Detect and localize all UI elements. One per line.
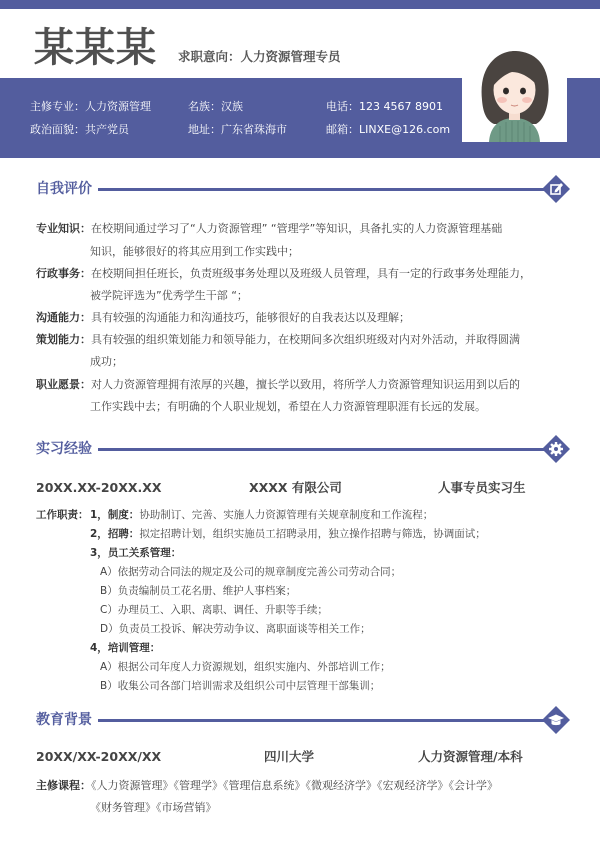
duty-label: 工作职责：	[36, 508, 89, 522]
profile-photo	[462, 42, 567, 142]
job-intent-value: 人力资源管理专员	[241, 49, 341, 64]
self-eval-item-communication: 沟通能力：具有较强的沟通能力和沟通技巧，能够很好的自我表达以及理解；	[36, 311, 410, 325]
info-political-status: 政治面貌：共产党员	[30, 123, 129, 137]
candidate-name: 某某某	[34, 24, 157, 72]
graduation-cap-icon	[542, 706, 570, 734]
section-header-self-evaluation: 自我评价	[36, 174, 576, 204]
duty-item: 3，员工关系管理：	[90, 546, 181, 560]
section-title: 实习经验	[36, 440, 92, 458]
job-intent-label: 求职意向：	[178, 49, 241, 64]
self-eval-item-administration: 行政事务：在校期间担任班长，负责班级事务处理以及班级人员管理，具有一定的行政事务…	[36, 267, 531, 281]
section-title: 教育背景	[36, 711, 92, 729]
section-divider	[98, 448, 554, 451]
duty-subitem: A）依据劳动合同法的规定及公司的规章制度完善公司劳动合同；	[100, 565, 401, 579]
education-major: 人力资源管理/本科	[418, 749, 523, 765]
job-intent: 求职意向：人力资源管理专员	[178, 48, 341, 66]
avatar-illustration-icon	[462, 42, 567, 142]
info-address: 地址：广东省珠海市	[188, 123, 287, 137]
duty-subitem: D）负责员工投诉、解决劳动争议、离职面谈等相关工作；	[100, 622, 371, 636]
duty-item: 4，培训管理：	[90, 641, 160, 655]
section-title: 自我评价	[36, 180, 92, 198]
education-courses: 主修课程：《人力资源管理》《管理学》《管理信息系统》《微观经济学》《宏观经济学》…	[36, 779, 498, 793]
education-period: 20XX/XX-20XX/XX	[36, 749, 161, 765]
internship-position: 人事专员实习生	[438, 480, 526, 496]
education-courses-cont: 《财务管理》《市场营销》	[90, 801, 217, 815]
info-email: 邮箱：LINXE@126.com	[326, 123, 450, 137]
duty-subitem: C）办理员工、入职、离职、调任、升职等手续；	[100, 603, 328, 617]
info-phone: 电话：123 4567 8901	[326, 100, 443, 114]
self-eval-item-planning: 策划能力：具有较强的组织策划能力和领导能力，在校期间多次组织班级对内对外活动，并…	[36, 333, 520, 347]
internship-period: 20XX.XX-20XX.XX	[36, 480, 162, 496]
top-accent-strip	[0, 0, 600, 9]
duty-subitem: B）负责编制员工花名册、维护人事档案；	[100, 584, 296, 598]
section-divider	[98, 188, 554, 191]
self-eval-item-planning-cont: 成功；	[90, 355, 123, 369]
info-ethnicity: 名族：汉族	[188, 100, 243, 114]
duty-item: 2，招聘：拟定招聘计划，组织实施员工招聘录用，独立操作招聘与筛选，协调面试；	[90, 527, 486, 541]
gear-icon	[542, 435, 570, 463]
info-major: 主修专业：人力资源管理	[30, 100, 151, 114]
education-school: 四川大学	[264, 749, 314, 765]
duty-subitem: B）收集公司各部门培训需求及组织公司中层管理干部集训；	[100, 679, 380, 693]
section-header-internship: 实习经验	[36, 434, 576, 464]
duty-subitem: A）根据公司年度人力资源规划，组织实施内、外部培训工作；	[100, 660, 391, 674]
duty-item: 1，制度：协助制订、完善、实施人力资源管理有关规章制度和工作流程；	[90, 508, 433, 522]
internship-company: XXXX 有限公司	[249, 480, 342, 496]
edit-icon	[542, 175, 570, 203]
section-header-education: 教育背景	[36, 705, 576, 735]
section-divider	[98, 719, 554, 722]
self-eval-item-vision: 职业愿景：对人力资源管理拥有浓厚的兴趣，擅长学以致用，将所学人力资源管理知识运用…	[36, 378, 520, 392]
self-eval-item-vision-cont: 工作实践中去；有明确的个人职业规划，希望在人力资源管理职涯有长远的发展。	[90, 400, 486, 414]
self-eval-item-administration-cont: 被学院评选为”优秀学生干部 “；	[90, 289, 248, 303]
self-eval-item-professional: 专业知识：在校期间通过学习了“人力资源管理” “管理学”等知识，具备扎实的人力资…	[36, 222, 502, 236]
self-eval-item-professional-cont: 知识，能够很好的将其应用到工作实践中；	[90, 245, 299, 259]
